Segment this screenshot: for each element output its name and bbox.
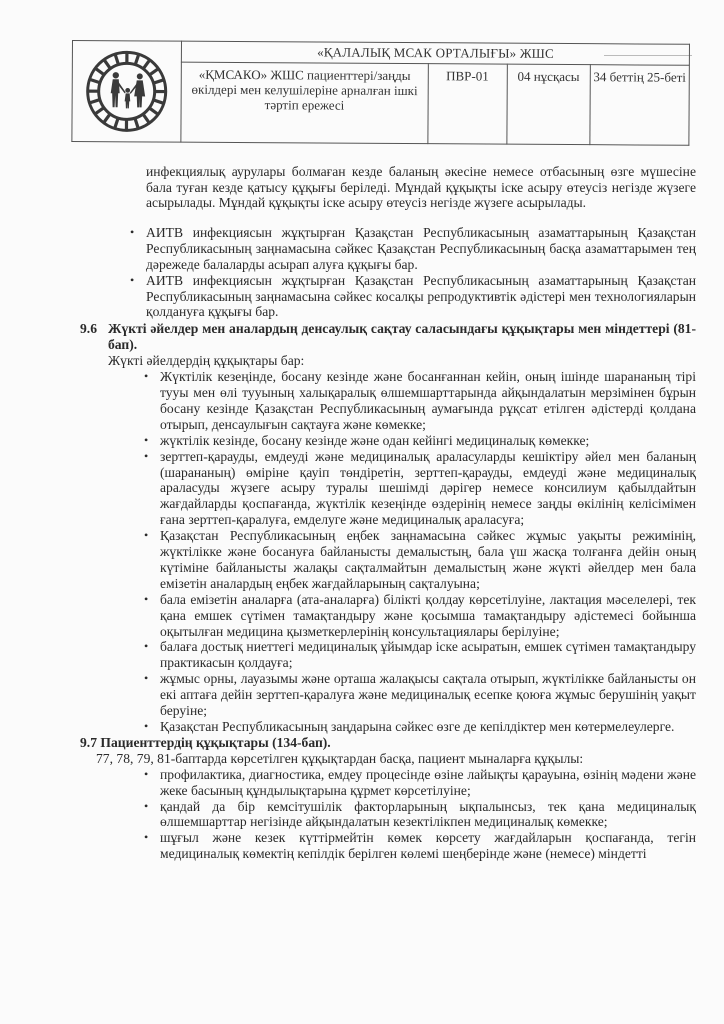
bullet-icon: • <box>130 225 134 241</box>
list-item-text: профилактика, диагностика, емдеу процесі… <box>160 767 696 798</box>
bullet-icon: • <box>144 528 148 544</box>
list-item: • шұғыл және кезек күттірмейтін көмек кө… <box>160 830 696 862</box>
list-item-text: АИТВ инфекциясын жұқтырған Қазақстан Рес… <box>146 225 696 272</box>
list-item: • АИТВ инфекциясын жұқтырған Қазақстан Р… <box>146 225 696 273</box>
document-header-table: «ҚАЛАЛЫҚ МСАК ОРТАЛЫҒЫ» ЖШС «ҚМСАКО» ЖШС… <box>71 40 690 146</box>
list-item: • балаға достық ниеттегі медициналық ұйы… <box>160 639 696 671</box>
list-item: • Қазақстан Республикасының заңдарына сә… <box>160 719 696 735</box>
bullet-icon: • <box>144 830 148 846</box>
list-item: • зерттеп-қарауды, емдеуді және медицина… <box>160 449 696 529</box>
list-item-text: АИТВ инфекциясын жұқтырған Қазақстан Рес… <box>146 273 696 320</box>
page-number: 34 беттің 25-беті <box>590 65 690 146</box>
section-title: Пациенттердің құқықтары (134-бап). <box>100 735 330 750</box>
section-title: Жүкті әйелдер мен аналардың денсаулық са… <box>108 321 696 352</box>
bullet-icon: • <box>144 799 148 815</box>
bullet-icon: • <box>144 369 148 385</box>
document-version: 04 нұсқасы <box>507 64 591 145</box>
list-item: • қандай да бір кемсітушілік факторларын… <box>160 799 696 831</box>
list-item-text: бала емізетін аналарға (ата-аналарға) бі… <box>160 592 696 639</box>
list-item: • жұмыс орны, лауазымы және орташа жалақ… <box>160 671 696 719</box>
list-item-text: балаға достық ниеттегі медициналық ұйымд… <box>160 639 696 670</box>
section-heading-9-7: 9.7 Пациенттердің құқықтары (134-бап). <box>80 735 696 751</box>
bullet-icon: • <box>144 639 148 655</box>
patient-rights-list: • профилактика, диагностика, емдеу проце… <box>80 767 696 862</box>
family-circle-logo-icon <box>85 49 170 134</box>
list-item-text: қандай да бір кемсітушілік факторларының… <box>160 799 696 830</box>
bullet-icon: • <box>144 671 148 687</box>
bullet-icon: • <box>144 719 148 735</box>
section-number: 9.6 <box>80 321 97 337</box>
list-item-text: Жүктілік кезеңінде, босану кезінде және … <box>160 369 696 432</box>
logo-cell <box>72 41 182 143</box>
bullet-icon: • <box>144 592 148 608</box>
pregnant-women-rights-list: • Жүктілік кезеңінде, босану кезінде жән… <box>80 369 696 735</box>
bullet-icon: • <box>130 273 134 289</box>
section-heading-9-6: 9.6 Жүкті әйелдер мен аналардың денсаулы… <box>80 321 696 353</box>
list-item: • Жүктілік кезеңінде, босану кезінде жән… <box>160 369 696 433</box>
list-item-text: жүктілік кезінде, босану кезінде және од… <box>160 433 589 448</box>
document-title: «ҚМСАКО» ЖШС пациенттері/заңды өкілдері … <box>181 62 428 144</box>
list-item: • бала емізетін аналарға (ата-аналарға) … <box>160 592 696 640</box>
section-lead-text: Жүкті әйелдердің құқықтары бар: <box>108 353 696 369</box>
continuation-paragraph: инфекциялық аурулары болмаған кезде бала… <box>146 164 696 212</box>
list-item-text: Қазақстан Республикасының еңбек заңнамас… <box>160 528 696 591</box>
bullet-icon: • <box>144 767 148 783</box>
document-code: ПВР-01 <box>427 64 507 144</box>
list-item: • жүктілік кезінде, босану кезінде және … <box>160 433 696 449</box>
section-number: 9.7 <box>80 735 97 750</box>
document-body: инфекциялық аурулары болмаған кезде бала… <box>80 150 696 862</box>
bullet-icon: • <box>144 449 148 465</box>
section-lead-text: 77, 78, 79, 81-баптарда көрсетілген құқы… <box>96 751 696 767</box>
list-item: • профилактика, диагностика, емдеу проце… <box>160 767 696 799</box>
list-item-text: зерттеп-қарауды, емдеуді және медициналы… <box>160 449 696 528</box>
list-item-text: шұғыл және кезек күттірмейтін көмек көрс… <box>160 830 696 861</box>
bullet-icon: • <box>144 433 148 449</box>
list-item-text: жұмыс орны, лауазымы және орташа жалақыс… <box>160 671 696 718</box>
hiv-rights-list: • АИТВ инфекциясын жұқтырған Қазақстан Р… <box>80 225 696 320</box>
list-item: • Қазақстан Республикасының еңбек заңнам… <box>160 528 696 592</box>
list-item: • АИТВ инфекциясын жұқтырған Қазақстан Р… <box>146 273 696 321</box>
list-item-text: Қазақстан Республикасының заңдарына сәйк… <box>160 719 674 734</box>
